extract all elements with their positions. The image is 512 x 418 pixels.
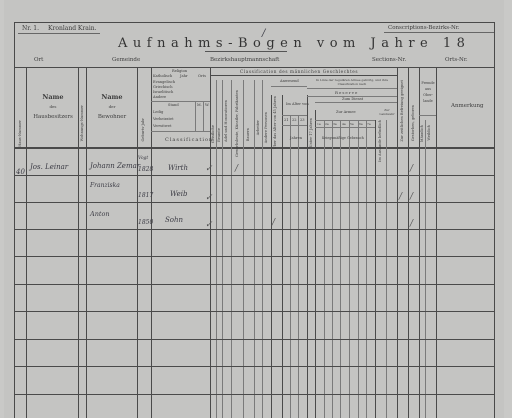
stand-col-m: M. [197,103,202,107]
ages-bottom [282,125,307,126]
row1-mark-a: ✓ [205,164,213,174]
vlabel-geistliche: Geistliche [211,125,215,143]
form-number: Nr. 1. [22,25,39,32]
fremde-label: Fremde aus Ober- lande [420,80,436,104]
vlabel-beamte: Beamte [217,128,221,142]
row3-bewohner: Anton [90,210,110,218]
stand-row-3: Verwitwet [153,124,171,128]
row3-geburts-jahr: 1850 [138,219,153,226]
religion-row-3: Griechisch [153,85,173,89]
thin-sep [425,120,426,418]
header-wohnungs-nummer: Wohnungs-Nummer [80,105,84,141]
row-line [14,175,495,176]
label-bezirkshauptmannschaft: Bezirkshauptmannschaft [210,57,279,63]
vlabel-gestorben: Gestorben, geboren [411,105,415,141]
header-name-hausbesitzer: Name des Hausbesitzers [30,92,76,122]
row1-geburts-jahr: 1828 [138,166,153,173]
crownland-underline [18,33,100,34]
thin-sep [349,120,350,418]
thin-sep [366,120,367,418]
vlabel-gewerbsleute: Gewerbsleute, Künstler, Fabrikanten [235,90,239,157]
thin-sep [290,115,291,418]
stand-row-1: Ledig [153,110,163,114]
row-line [14,229,495,230]
row2-geburts-jahr: 1817 [138,192,153,199]
religion-title: Religion [172,69,187,73]
classification-label: Classification [165,137,213,143]
fremde-line4: lande [420,98,436,104]
thin-sep [386,120,387,418]
row1-bewohner: Johann Zemar [90,162,140,170]
zum-dienst-label: Zum Dienst [342,97,363,101]
zur-armee-label: Zur Armee [336,110,356,114]
form-title: Aufnahms-Bogen vom Jahre 18 [118,36,470,51]
religion-row-2: Evangelisch [153,80,175,84]
vlabel-auslande: Im Auslande befindlich [378,120,382,162]
row-line [14,339,495,340]
dienst-bottom [307,88,397,89]
row2-mark-a: ✓ [205,193,213,203]
crownland-label: Kronland Krain. [48,25,97,32]
classification-title-bottom [210,75,397,76]
thin-sep [262,80,263,418]
thin-sep [222,80,223,418]
row-line [14,394,495,395]
anwesend-bottom [271,86,307,87]
row2-mark-r: / [410,192,413,202]
anwesend-label: Anwesend [280,79,299,83]
row-line [14,284,495,285]
conscription-district-label: Conscriptions-Bezirks-Nr. [388,25,460,31]
jahren-label: Jahren [290,136,302,140]
row1-hausbesitzer: Jos. Leinar [30,163,68,171]
stand-col-b [203,101,204,131]
abt-1: 1a [317,122,321,126]
row3-mark-g: / [272,218,275,228]
row-line [14,366,495,367]
thin-sep [243,80,244,418]
vlabel-befreiung: Zur zeitlichen Befreiung geeignet [400,80,404,142]
row2-classification: Weib [170,190,188,198]
anmerkung-label: Anmerkung [451,103,484,109]
bewohner-line1: Name [89,92,135,102]
title-underline [205,51,287,52]
label-ort: Ort [34,57,43,63]
vlabel-ueber-45: Über das Alter von 45 Jahren [273,96,277,149]
bewohner-line3: Bewohner [89,112,135,122]
row1-classification: Wirth [168,164,188,172]
row-line [14,256,495,257]
abt-7: 7a [367,122,371,126]
ages-top [282,115,307,116]
age-22: 22 [292,118,297,122]
row1-geburts-note: Vogt [138,156,148,161]
hausbesitzer-line2: des [30,102,76,112]
col-sep-10 [315,110,316,418]
age-21: 21 [284,118,289,122]
frame-left [14,22,15,418]
abt-top [315,120,375,121]
col-sep-11 [375,120,376,418]
row-line [14,311,495,312]
label-sections-nr: Sections-Nr. [372,57,406,63]
stand-row-2: Verheiratet [153,117,174,121]
reserve-label: Reserve [335,90,358,95]
religion-col2: Orts [198,74,206,78]
vlabel-adel: Adel und Honoratioren [224,100,228,142]
label-orts-nr: Orts-Nr. [445,57,468,63]
religion-row-1: Katholisch [153,74,172,78]
stand-title: Stand [168,103,179,107]
abt-bottom [315,127,375,128]
religion-row-4: Israelitisch [153,90,173,94]
abt-3: 3a [333,122,337,126]
hausbesitzer-line3: Hausbesitzers [30,112,76,122]
age-23: 23 [300,118,305,122]
thin-sep [340,120,341,418]
kriegsmaessige-label: Kriegsmäßige Gebrauch [322,136,364,140]
row1-haus-nr: 40 [16,168,25,176]
frame-right [494,22,495,418]
vlabel-weiblich: Weiblich [427,125,431,141]
religion-col1: Jahr [180,74,188,78]
row3-mark-a: ✓ [205,220,213,230]
abt-2: 2a [325,122,329,126]
bewohner-line2: der [89,102,135,112]
stand-bottom [151,131,210,132]
vlabel-andere: Andere Personen [264,112,268,143]
thin-sep [332,120,333,418]
header-name-bewohner: Name der Bewohner [89,92,135,122]
religion-row-5: Andere [153,95,166,99]
row2-bewohner: Franziska [90,182,120,189]
zur-landwehr-label: Zur Landwehr [377,108,397,116]
frame-top [14,22,495,23]
religion-bottom [151,101,210,102]
abt-4: 4a [342,122,346,126]
vlabel-bauern: Bauern [246,128,250,141]
header-geburts-jahr: Geburts-Jahr [141,118,145,141]
thin-sep [254,80,255,418]
stand-col-w: W. [205,103,209,107]
stand-col-a [195,101,196,131]
fremde-bottom [419,115,436,116]
row-line [14,202,495,203]
dienst-label: In Linie der regulären Armee gehörig, un… [309,78,395,86]
vlabel-maennlich: Männlich [420,125,424,142]
abt-6: 6a [359,122,363,126]
thin-sep [358,120,359,418]
thin-sep [298,115,299,418]
row3-classification: Sohn [165,216,183,224]
im-alter-label: Im Alter von [286,102,309,106]
vlabel-unter-17: Unter 17 Jahren [309,118,313,148]
row1-mark-r: / [410,164,413,174]
thin-sep [231,80,232,418]
row2-mark-q: / [399,192,402,202]
header-haus-nummer: Haus-Nummer [18,120,22,147]
label-gemeinde: Gemeinde [112,57,140,63]
classification-header: Classification des männlichen Geschlecht… [240,69,358,74]
row3-mark-r: / [410,219,413,229]
thin-sep [324,120,325,418]
handwritten-check-mark: / [262,28,265,39]
vlabel-arbeiter: Arbeiter [256,120,260,135]
hausbesitzer-line1: Name [30,92,76,102]
row1-mark-c: / [235,164,238,174]
zumdienst-bottom [315,102,397,103]
abt-5: 5a [350,122,354,126]
conscription-underline [384,32,494,33]
